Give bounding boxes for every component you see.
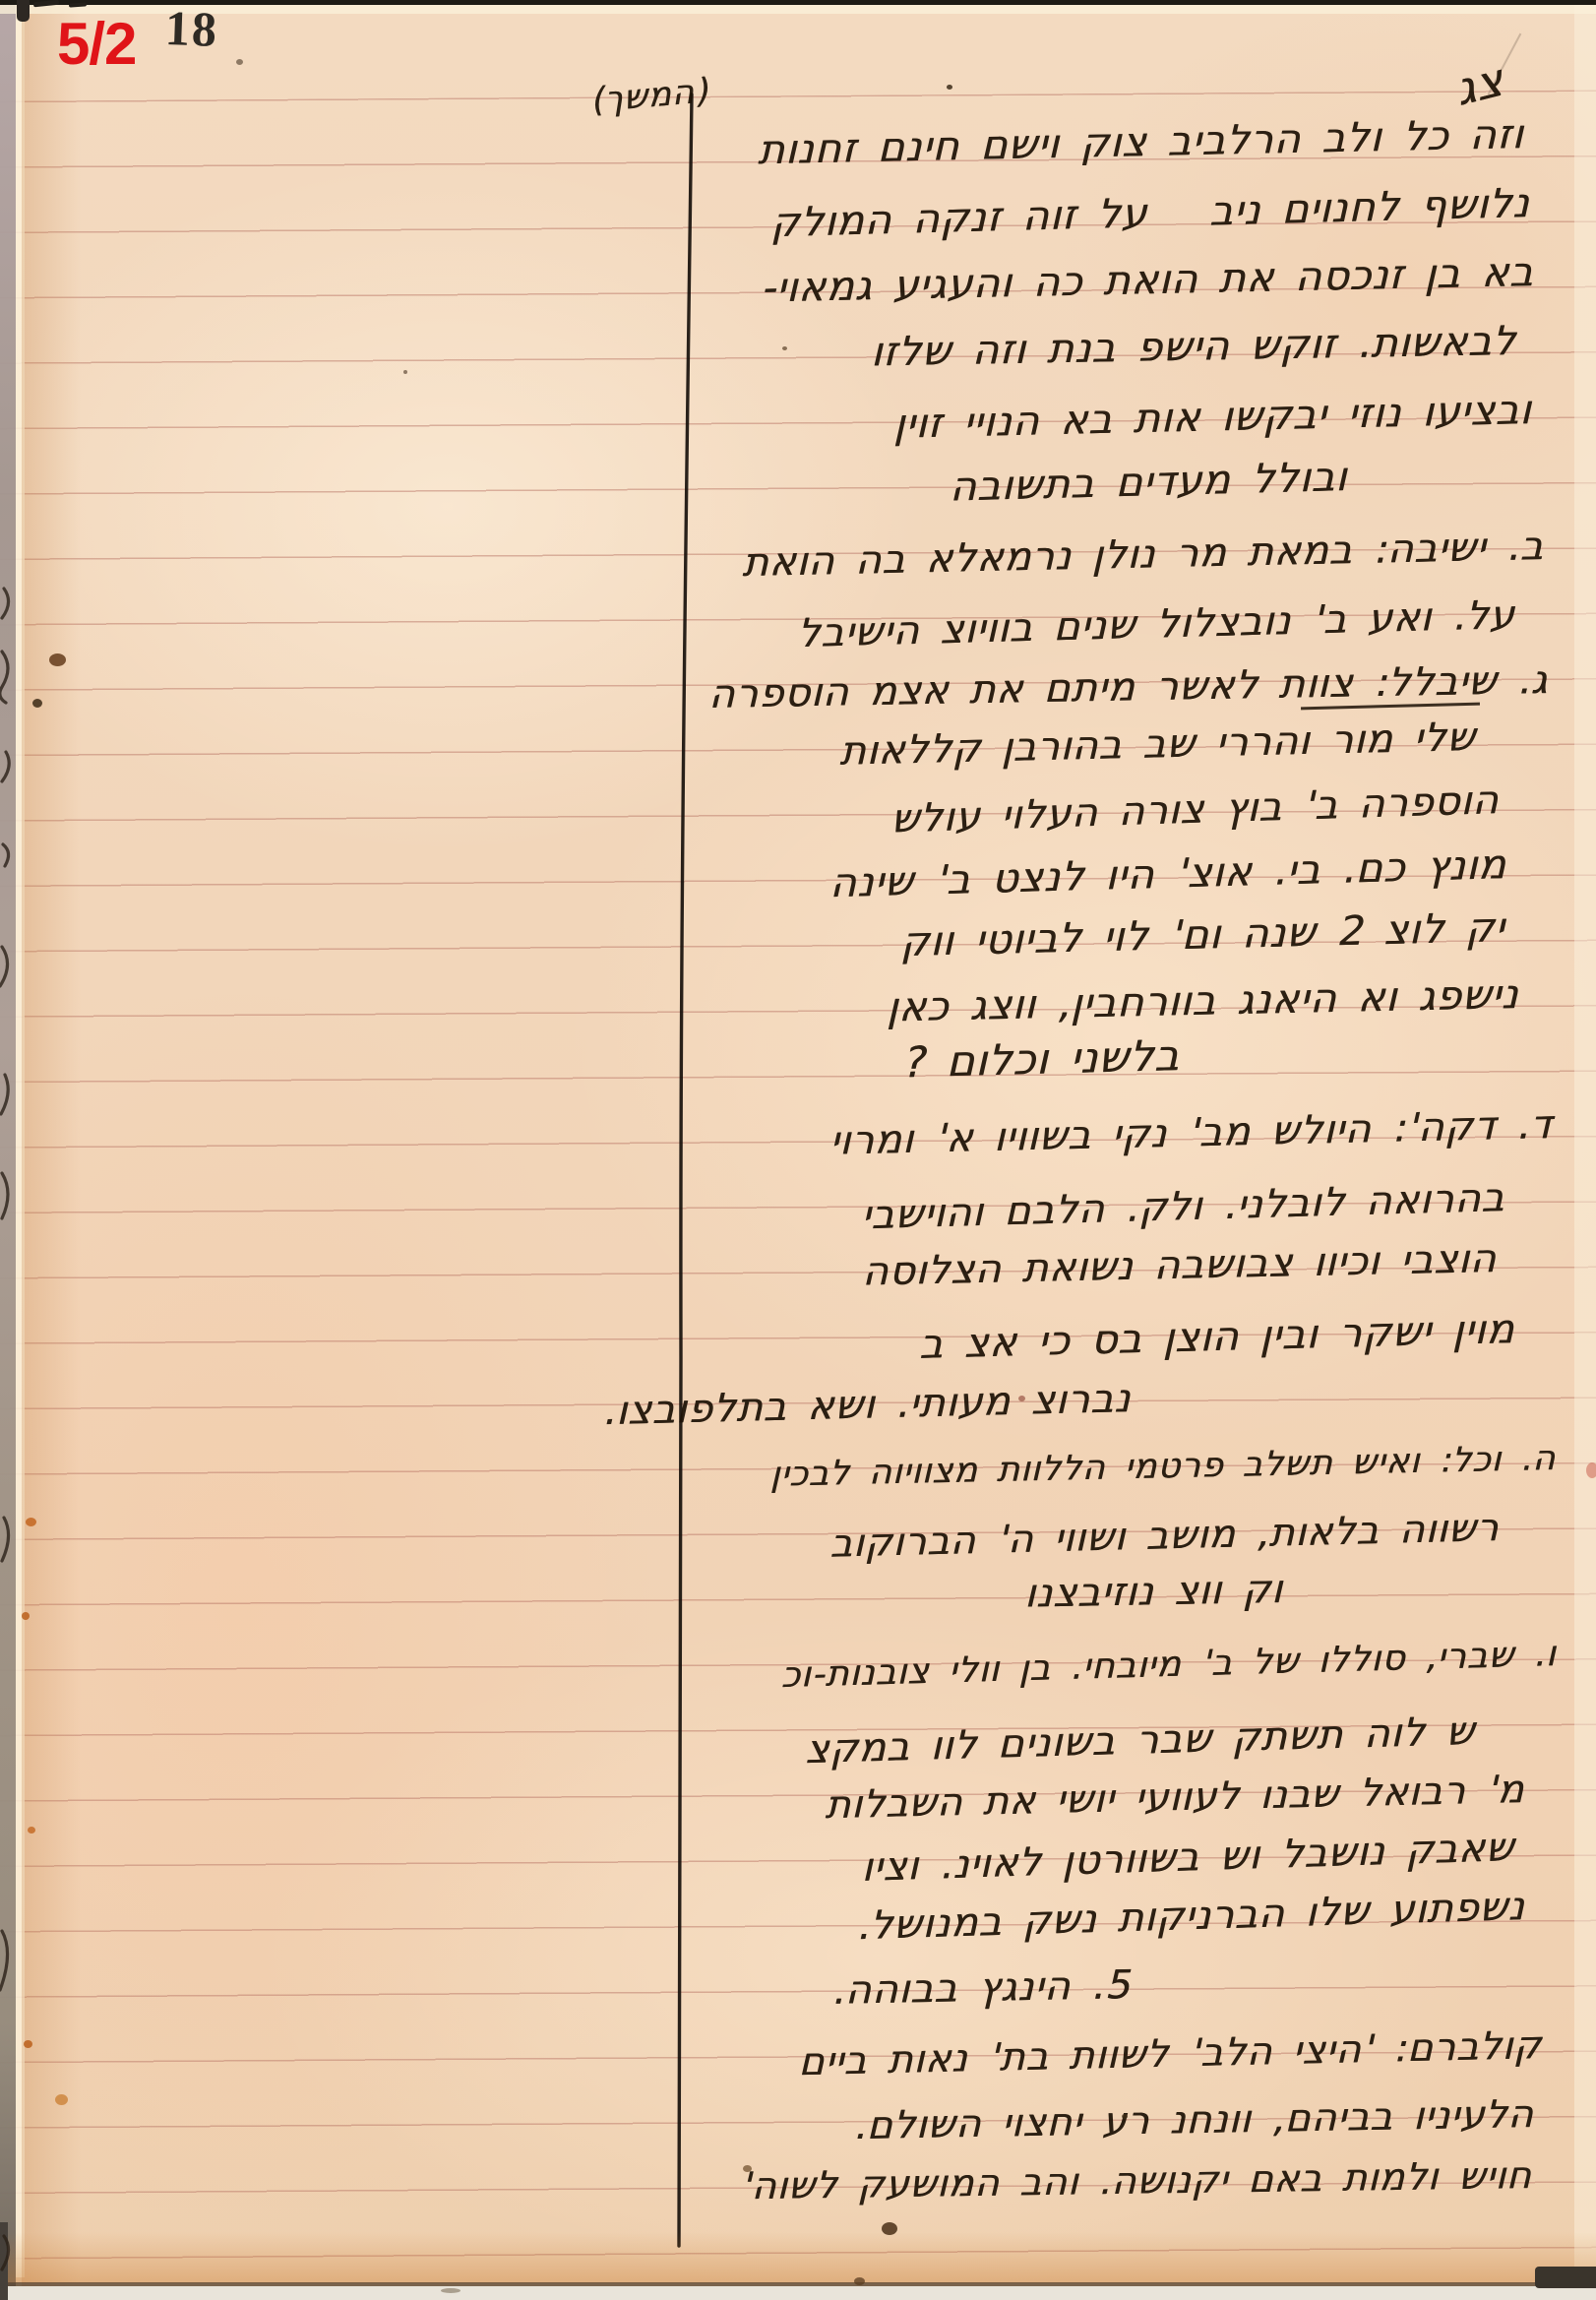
page-number: 18 [164,0,219,58]
ink-stain [403,370,407,374]
ink-stain [32,699,42,708]
corner-code: 5/2 [57,10,136,78]
ink-stain [1586,1462,1596,1478]
ink-stain [854,2277,865,2285]
ink-stain [947,85,952,90]
ink-stain [441,2288,460,2293]
ink-stain [236,59,243,65]
manuscript-line: וק ווצ נוזיבצנו [1022,1567,1291,1617]
ink-stain [28,1827,35,1834]
ink-stain [1122,2114,1128,2119]
ink-stain [22,1612,30,1620]
ink-stain [24,2040,32,2048]
notebook-page: 5/2 18 (המשך) צג וזה כל ולב הרלביב צוק ו… [0,0,1596,2300]
ink-stain [1018,1396,1025,1401]
ink-stain [26,1518,36,1526]
manuscript-line: 5. הינגץ בבוהה. [829,1962,1138,2014]
ink-stain [55,2094,68,2105]
ink-stain [782,346,787,350]
ink-stain [49,653,66,666]
ink-stain [882,2222,897,2235]
manuscript-line: בלשני וכלום ? [899,1031,1189,1088]
ink-stain [743,2165,752,2172]
